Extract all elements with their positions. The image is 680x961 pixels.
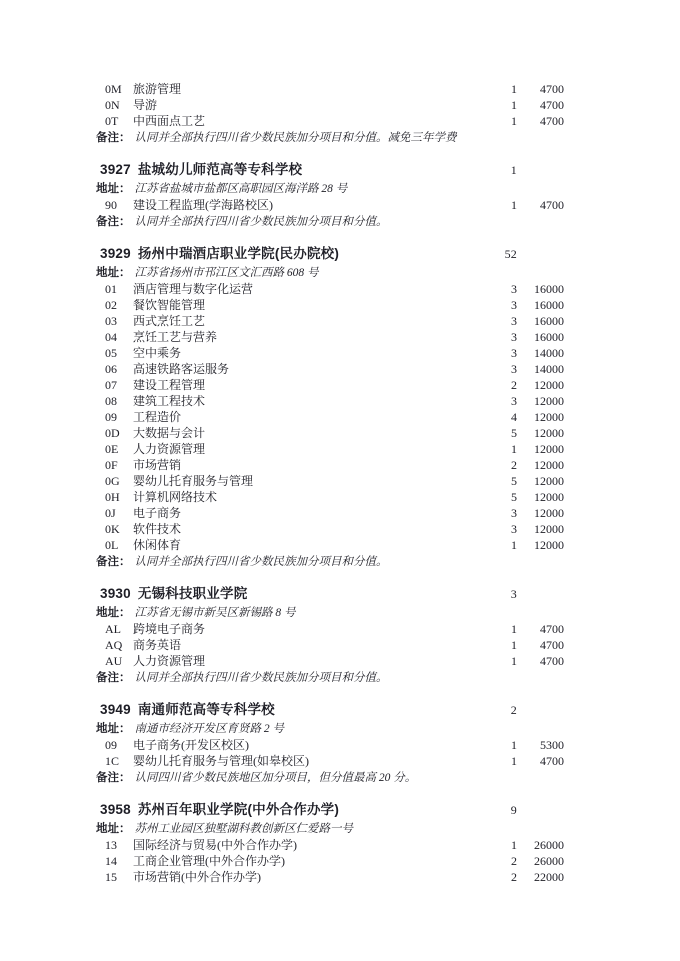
major-code: 08 (105, 393, 129, 409)
major-code: 14 (105, 853, 129, 869)
address-label: 地址： (96, 605, 131, 622)
major-fee: 16000 (517, 329, 564, 345)
major-code: 04 (105, 329, 129, 345)
major-code: 0E (105, 441, 129, 457)
note-text: 认同并全部执行四川省少数民族加分项目和分值。 (135, 670, 388, 687)
major-plan-count: 3 (477, 313, 517, 329)
major-code: 09 (105, 409, 129, 425)
major-fee: 14000 (517, 361, 564, 377)
major-name: 人力资源管理 (133, 653, 477, 669)
major-list: 0M 旅游管理 1 4700 0N 导游 1 4700 0T 中西面点工艺 1 … (96, 81, 564, 129)
note-text: 认同四川省少数民族地区加分项目，但分值最高 20 分。 (135, 770, 417, 787)
address-line: 地址： 苏州工业园区独墅湖科教创新区仁爱路一号 (96, 821, 564, 838)
school-code: 3930 (100, 583, 131, 604)
major-name: 建设工程管理 (133, 377, 477, 393)
school-name: 盐城幼儿师范高等专科学校 (138, 159, 477, 180)
major-plan-count: 1 (477, 637, 517, 653)
note-line: 备注： 认同并全部执行四川省少数民族加分项目和分值。 (96, 214, 564, 231)
note-text: 认同并全部执行四川省少数民族加分项目和分值。减免三年学费 (135, 130, 457, 147)
major-name: 市场营销 (133, 457, 477, 473)
major-row: 08 建筑工程技术 3 12000 (96, 393, 564, 409)
major-fee: 16000 (517, 281, 564, 297)
address-text: 江苏省扬州市邗江区文汇西路 608 号 (135, 265, 319, 282)
major-row: AL 跨境电子商务 1 4700 (96, 621, 564, 637)
major-fee: 4700 (517, 197, 564, 213)
major-code: 0D (105, 425, 129, 441)
note-label: 备注： (96, 130, 131, 147)
address-line: 地址： 江苏省扬州市邗江区文汇西路 608 号 (96, 265, 564, 282)
admission-plan-list: 0M 旅游管理 1 4700 0N 导游 1 4700 0T 中西面点工艺 1 … (96, 81, 564, 897)
address-text: 江苏省无锡市新吴区新锡路 8 号 (135, 605, 296, 622)
major-row: 0J 电子商务 3 12000 (96, 505, 564, 521)
major-list: 13 国际经济与贸易(中外合作办学) 1 26000 14 工商企业管理(中外合… (96, 837, 564, 885)
major-fee: 12000 (517, 377, 564, 393)
major-row: 15 市场营销(中外合作办学) 2 22000 (96, 869, 564, 885)
document-page: { "labels": { "address": "地址：", "note": … (0, 0, 680, 961)
major-name: 婴幼儿托育服务与管理(如皋校区) (133, 753, 477, 769)
major-code: 0N (105, 97, 129, 113)
major-row: 14 工商企业管理(中外合作办学) 2 26000 (96, 853, 564, 869)
major-name: 跨境电子商务 (133, 621, 477, 637)
major-fee: 12000 (517, 425, 564, 441)
note-label: 备注： (96, 770, 131, 787)
major-plan-count: 1 (477, 197, 517, 213)
major-row: 05 空中乘务 3 14000 (96, 345, 564, 361)
school-header: 3958 苏州百年职业学院(中外合作办学) 9 (96, 799, 564, 821)
major-name: 工商企业管理(中外合作办学) (133, 853, 477, 869)
major-code: AQ (105, 637, 129, 653)
major-code: 1C (105, 753, 129, 769)
major-row: 0D 大数据与会计 5 12000 (96, 425, 564, 441)
major-plan-count: 3 (477, 345, 517, 361)
major-fee: 4700 (517, 637, 564, 653)
school-plan-count: 3 (477, 584, 517, 605)
school-code: 3927 (100, 159, 131, 180)
school-section: 3949 南通师范高等专科学校 2 地址： 南通市经济开发区育贤路 2 号 09… (96, 699, 564, 787)
major-fee: 12000 (517, 441, 564, 457)
address-label: 地址： (96, 265, 131, 282)
major-code: 03 (105, 313, 129, 329)
major-name: 烹饪工艺与营养 (133, 329, 477, 345)
school-header: 3949 南通师范高等专科学校 2 (96, 699, 564, 721)
major-fee: 4700 (517, 753, 564, 769)
major-row: 0F 市场营销 2 12000 (96, 457, 564, 473)
major-name: 电子商务(开发区校区) (133, 737, 477, 753)
major-fee: 26000 (517, 837, 564, 853)
major-row: 0N 导游 1 4700 (96, 97, 564, 113)
major-plan-count: 1 (477, 113, 517, 129)
address-label: 地址： (96, 181, 131, 198)
major-code: 0L (105, 537, 129, 553)
major-code: 02 (105, 297, 129, 313)
major-row: 0M 旅游管理 1 4700 (96, 81, 564, 97)
major-name: 软件技术 (133, 521, 477, 537)
major-name: 人力资源管理 (133, 441, 477, 457)
major-code: 0K (105, 521, 129, 537)
major-plan-count: 5 (477, 473, 517, 489)
major-name: 西式烹饪工艺 (133, 313, 477, 329)
major-name: 餐饮智能管理 (133, 297, 477, 313)
major-code: 06 (105, 361, 129, 377)
major-code: 0M (105, 81, 129, 97)
major-fee: 4700 (517, 81, 564, 97)
major-fee: 16000 (517, 313, 564, 329)
major-plan-count: 1 (477, 753, 517, 769)
note-line: 备注： 认同并全部执行四川省少数民族加分项目和分值。 (96, 554, 564, 571)
major-name: 计算机网络技术 (133, 489, 477, 505)
major-code: 01 (105, 281, 129, 297)
major-fee: 12000 (517, 457, 564, 473)
major-name: 工程造价 (133, 409, 477, 425)
major-plan-count: 1 (477, 621, 517, 637)
school-plan-count: 2 (477, 700, 517, 721)
major-row: AQ 商务英语 1 4700 (96, 637, 564, 653)
major-code: 05 (105, 345, 129, 361)
major-plan-count: 4 (477, 409, 517, 425)
major-row: 0K 软件技术 3 12000 (96, 521, 564, 537)
school-plan-count: 1 (477, 160, 517, 181)
major-code: AL (105, 621, 129, 637)
school-name: 扬州中瑞酒店职业学院(民办院校) (138, 243, 477, 264)
note-line: 备注： 认同四川省少数民族地区加分项目，但分值最高 20 分。 (96, 770, 564, 787)
school-plan-count: 9 (477, 800, 517, 821)
major-plan-count: 1 (477, 441, 517, 457)
note-text: 认同并全部执行四川省少数民族加分项目和分值。 (135, 214, 388, 231)
major-name: 中西面点工艺 (133, 113, 477, 129)
major-fee: 14000 (517, 345, 564, 361)
note-label: 备注： (96, 670, 131, 687)
school-plan-count: 52 (477, 244, 517, 265)
major-name: 国际经济与贸易(中外合作办学) (133, 837, 477, 853)
address-line: 地址： 江苏省盐城市盐都区高职园区海洋路 28 号 (96, 181, 564, 198)
major-name: 休闲体育 (133, 537, 477, 553)
major-row: 0G 婴幼儿托育服务与管理 5 12000 (96, 473, 564, 489)
school-code: 3958 (100, 799, 131, 820)
major-code: 0H (105, 489, 129, 505)
major-fee: 22000 (517, 869, 564, 885)
major-list: 90 建设工程监理(学海路校区) 1 4700 (96, 197, 564, 213)
major-code: 0T (105, 113, 129, 129)
major-fee: 12000 (517, 393, 564, 409)
major-plan-count: 1 (477, 653, 517, 669)
school-section: 3929 扬州中瑞酒店职业学院(民办院校) 52 地址： 江苏省扬州市邗江区文汇… (96, 243, 564, 571)
major-name: 高速铁路客运服务 (133, 361, 477, 377)
major-code: 90 (105, 197, 129, 213)
major-plan-count: 3 (477, 329, 517, 345)
major-row: 13 国际经济与贸易(中外合作办学) 1 26000 (96, 837, 564, 853)
address-line: 地址： 南通市经济开发区育贤路 2 号 (96, 721, 564, 738)
major-fee: 12000 (517, 521, 564, 537)
school-name: 苏州百年职业学院(中外合作办学) (138, 799, 477, 820)
major-row: 0E 人力资源管理 1 12000 (96, 441, 564, 457)
major-list: AL 跨境电子商务 1 4700 AQ 商务英语 1 4700 AU 人力资源管… (96, 621, 564, 669)
major-fee: 26000 (517, 853, 564, 869)
major-name: 建筑工程技术 (133, 393, 477, 409)
major-code: 0F (105, 457, 129, 473)
school-code: 3929 (100, 243, 131, 264)
major-row: 09 电子商务(开发区校区) 1 5300 (96, 737, 564, 753)
major-row: 03 西式烹饪工艺 3 16000 (96, 313, 564, 329)
major-fee: 12000 (517, 537, 564, 553)
address-label: 地址： (96, 821, 131, 838)
major-plan-count: 1 (477, 737, 517, 753)
major-list: 09 电子商务(开发区校区) 1 5300 1C 婴幼儿托育服务与管理(如皋校区… (96, 737, 564, 769)
major-fee: 16000 (517, 297, 564, 313)
major-plan-count: 1 (477, 837, 517, 853)
major-plan-count: 5 (477, 425, 517, 441)
note-line: 备注： 认同并全部执行四川省少数民族加分项目和分值。 (96, 670, 564, 687)
note-label: 备注： (96, 554, 131, 571)
school-section: 3958 苏州百年职业学院(中外合作办学) 9 地址： 苏州工业园区独墅湖科教创… (96, 799, 564, 886)
address-text: 南通市经济开发区育贤路 2 号 (135, 721, 285, 738)
major-name: 婴幼儿托育服务与管理 (133, 473, 477, 489)
major-list: 01 酒店管理与数字化运营 3 16000 02 餐饮智能管理 3 16000 … (96, 281, 564, 553)
major-row: 02 餐饮智能管理 3 16000 (96, 297, 564, 313)
major-code: 0J (105, 505, 129, 521)
major-row: 01 酒店管理与数字化运营 3 16000 (96, 281, 564, 297)
school-section: 3927 盐城幼儿师范高等专科学校 1 地址： 江苏省盐城市盐都区高职园区海洋路… (96, 159, 564, 231)
major-fee: 12000 (517, 489, 564, 505)
major-row: 09 工程造价 4 12000 (96, 409, 564, 425)
note-line: 备注： 认同并全部执行四川省少数民族加分项目和分值。减免三年学费 (96, 130, 564, 147)
major-row: 0H 计算机网络技术 5 12000 (96, 489, 564, 505)
major-fee: 12000 (517, 505, 564, 521)
school-section: 0M 旅游管理 1 4700 0N 导游 1 4700 0T 中西面点工艺 1 … (96, 81, 564, 147)
major-code: 13 (105, 837, 129, 853)
major-code: 09 (105, 737, 129, 753)
school-code: 3949 (100, 699, 131, 720)
major-plan-count: 3 (477, 505, 517, 521)
school-header: 3927 盐城幼儿师范高等专科学校 1 (96, 159, 564, 181)
major-name: 旅游管理 (133, 81, 477, 97)
major-name: 商务英语 (133, 637, 477, 653)
major-name: 导游 (133, 97, 477, 113)
major-fee: 12000 (517, 409, 564, 425)
address-text: 苏州工业园区独墅湖科教创新区仁爱路一号 (135, 821, 354, 838)
major-fee: 4700 (517, 113, 564, 129)
major-name: 建设工程监理(学海路校区) (133, 197, 477, 213)
major-name: 大数据与会计 (133, 425, 477, 441)
major-plan-count: 1 (477, 537, 517, 553)
major-plan-count: 2 (477, 853, 517, 869)
major-row: 07 建设工程管理 2 12000 (96, 377, 564, 393)
major-plan-count: 2 (477, 869, 517, 885)
school-name: 南通师范高等专科学校 (138, 699, 477, 720)
major-plan-count: 2 (477, 377, 517, 393)
major-fee: 12000 (517, 473, 564, 489)
major-name: 市场营销(中外合作办学) (133, 869, 477, 885)
major-fee: 4700 (517, 653, 564, 669)
major-plan-count: 1 (477, 97, 517, 113)
major-code: AU (105, 653, 129, 669)
school-name: 无锡科技职业学院 (138, 583, 477, 604)
note-label: 备注： (96, 214, 131, 231)
major-plan-count: 5 (477, 489, 517, 505)
major-row: 90 建设工程监理(学海路校区) 1 4700 (96, 197, 564, 213)
major-name: 电子商务 (133, 505, 477, 521)
major-row: 0L 休闲体育 1 12000 (96, 537, 564, 553)
major-row: 06 高速铁路客运服务 3 14000 (96, 361, 564, 377)
major-row: 1C 婴幼儿托育服务与管理(如皋校区) 1 4700 (96, 753, 564, 769)
school-header: 3930 无锡科技职业学院 3 (96, 583, 564, 605)
major-code: 0G (105, 473, 129, 489)
school-section: 3930 无锡科技职业学院 3 地址： 江苏省无锡市新吴区新锡路 8 号 AL … (96, 583, 564, 687)
major-plan-count: 2 (477, 457, 517, 473)
major-row: 0T 中西面点工艺 1 4700 (96, 113, 564, 129)
major-fee: 4700 (517, 621, 564, 637)
major-fee: 4700 (517, 97, 564, 113)
major-fee: 5300 (517, 737, 564, 753)
major-code: 15 (105, 869, 129, 885)
major-plan-count: 3 (477, 297, 517, 313)
address-label: 地址： (96, 721, 131, 738)
major-plan-count: 3 (477, 361, 517, 377)
school-header: 3929 扬州中瑞酒店职业学院(民办院校) 52 (96, 243, 564, 265)
major-plan-count: 3 (477, 281, 517, 297)
major-plan-count: 3 (477, 521, 517, 537)
address-text: 江苏省盐城市盐都区高职园区海洋路 28 号 (135, 181, 348, 198)
major-name: 酒店管理与数字化运营 (133, 281, 477, 297)
major-plan-count: 3 (477, 393, 517, 409)
address-line: 地址： 江苏省无锡市新吴区新锡路 8 号 (96, 605, 564, 622)
major-row: AU 人力资源管理 1 4700 (96, 653, 564, 669)
note-text: 认同并全部执行四川省少数民族加分项目和分值。 (135, 554, 388, 571)
major-code: 07 (105, 377, 129, 393)
major-plan-count: 1 (477, 81, 517, 97)
major-row: 04 烹饪工艺与营养 3 16000 (96, 329, 564, 345)
major-name: 空中乘务 (133, 345, 477, 361)
